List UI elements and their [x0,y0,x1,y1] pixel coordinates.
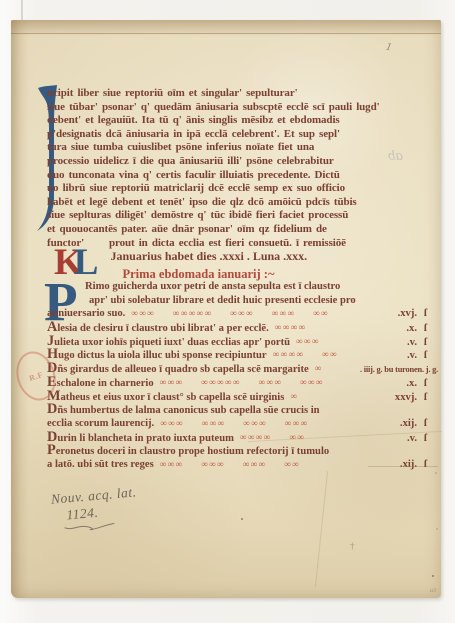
entry-unit: ſ [424,322,438,336]
entry-unit: ſ [424,391,438,405]
entry-unit: ſ [424,349,438,363]
entry-unit: ſ [424,377,438,391]
prologue-line: et quouocantēs pater. aūe dnār psonar' o… [47,223,439,237]
entry-text: Dñs girardus de alleueo ī quadro sb cape… [47,362,309,377]
line-filler: ∞∞∞ [290,335,377,349]
pen-trial-mark: † [350,541,355,551]
shelfmark-line2: 1124. [52,505,99,524]
prologue-line: siue tūbar' psonar' q' quedām āniusaria … [47,101,439,115]
prologue-line: p'designatis dcā āniusaria in ipā ecclā … [47,128,439,142]
entry-text: anniuersario suo. [47,307,125,321]
entry-unit: ſ [424,458,438,472]
entry-text: Alesia de clesiru ī claustro ubi librat'… [47,321,269,336]
entry-amount: .v. [377,349,417,363]
prologue-line: tura siue tumba cuiuslibet psōne inferiu… [47,141,439,155]
line-filler: ∞∞∞∞ [269,321,377,335]
kalendar-block: K L Januarius habet dies .xxxi . Luna .x… [54,245,307,282]
entry-row: ecclia scorum laurencij. ∞∞∞ ∞∞∞ ∞∞∞ ∞∞∞… [47,417,438,431]
corner-mark: a3 [430,588,436,594]
prologue-text: ncipit liber siue reptoriū oīm et singul… [47,87,439,250]
kalendar-heading-group: Januarius habet dies .xxxi . Luna .xxx. … [110,245,307,282]
entry-text: Eschalone in charnerio [47,376,154,391]
entry-unit: ſ [424,336,438,350]
prologue-line: habēt et legē debent et tenēt' ipso die … [47,196,439,210]
prologue-line: ncipit liber siue reptoriū oīm et singul… [47,87,439,101]
prologue-line: duo tunconata vina q' certis faculir ill… [47,169,439,183]
behind-leaf-edge [21,0,23,21]
entry-row: Dñs humbertus de lalma canonicus sub cap… [47,403,438,417]
entry-unit: ſ [424,417,438,431]
parchment-crease [315,471,328,586]
line-filler: ∞∞∞ ∞∞∞ ∞∞∞ ∞∞∞ [154,417,377,431]
line-filler: ∞∞∞∞ ∞∞ [267,348,377,362]
entry-row: Hugo dictus la uiola illuc ubi sponse re… [47,348,438,362]
entry-row: Matheus et eius uxor ī claust° sb capell… [47,390,438,404]
line-filler: ∞ [284,390,377,404]
prologue-line: siue seplturas diligēt' demōstre q' tūc … [47,209,439,223]
line-filler: ∞∞∞ ∞∞∞∞∞ ∞∞∞ ∞∞∞ ∞∞ [125,307,377,321]
entry-text: Matheus et eius uxor ī claust° sb capell… [47,390,284,405]
entry-amount: .xvj. [377,307,417,321]
entry-row: Rimo guicherda uxor petri de ansta sepul… [47,280,438,294]
scan-background: 1 I ncipit liber siue reptoriū oīm et si… [0,0,455,623]
entry-text: Durin li blancheta in prato iuxta puteum [47,431,234,446]
entry-text: Julieta uxor iohīs piqueti iuxt' duas ec… [47,335,290,350]
entry-amount: .x. [377,322,417,336]
entry-row: apr' ubi solebatur librare et dedit huic… [47,294,438,308]
entry-text: apr' ubi solebatur librare et dedit huic… [89,294,356,308]
entry-row: Julieta uxor iohīs piqueti iuxt' duas ec… [47,335,438,349]
ruling-line [368,466,438,467]
shelfmark-note: Nouv. acq. lat. 1124. [50,483,139,533]
entry-row: Durin li blancheta in prato iuxta puteum… [47,431,438,445]
entry-text: ecclia scorum laurencij. [47,417,154,431]
bleedthrough-mark: ab [388,148,403,165]
entry-text: a latō. ubi sūt tres reges [47,458,154,472]
stamp-text: R.F [28,370,44,383]
entry-row: Eschalone in charnerio ∞∞∞ ∞∞∞∞∞ ∞∞∞ ∞∞∞… [47,376,438,390]
ink-speck [432,575,434,577]
line-filler: ∞∞∞ ∞∞∞∞∞ ∞∞∞ ∞∞∞ [154,376,377,390]
entry-text: Dñs humbertus de lalma canonicus sub cap… [47,403,320,418]
pricking-dot [435,472,437,474]
entry-row: Dñs girardus de alleueo ī quadro sb cape… [47,362,438,376]
entry-text: Hugo dictus la uiola illuc ubi sponse re… [47,348,267,363]
line-filler: ∞ [309,362,360,376]
page-top-edge [11,20,441,34]
entry-text: Rimo guicherda uxor petri de ansta sepul… [85,280,340,294]
entry-row: Peronetus doceri in claustro prope hosti… [47,444,438,458]
prologue-line: debent' et legauiūt. Ita tū q' ānis sing… [47,114,439,128]
pricking-dot [436,528,438,530]
entry-row: Alesia de clesiru ī claustro ubi librat'… [47,321,438,335]
entry-row: anniuersario suo. ∞∞∞ ∞∞∞∞∞ ∞∞∞ ∞∞∞ ∞∞ .… [47,307,438,321]
entry-amount: .xij. [377,458,417,472]
gutter-fold [11,20,29,598]
prologue-line: processio uidelicz ī die qua āniusariū i… [47,155,439,169]
entry-amount: .x. [377,377,417,391]
entry-amount: .v. [377,336,417,350]
entry-amount: .xij. [377,417,417,431]
entry-amount: .v. [377,432,417,446]
burial-entries: Rimo guicherda uxor petri de ansta sepul… [47,280,438,472]
entry-row: a latō. ubi sūt tres reges ∞∞∞ ∞∞∞ ∞∞∞ ∞… [47,458,438,472]
prologue-line: uo librū siue reptoriū matriclarij dcē e… [47,182,439,196]
month-heading: Januarius habet dies .xxxi . Luna .xxx. [110,249,307,263]
entry-amount: xxvj. [377,391,417,405]
line-filler: ∞∞∞ ∞∞∞ ∞∞∞ ∞∞ [154,458,377,472]
ink-speck [241,518,243,520]
line-filler: ∞∞∞∞ ∞∞ [234,431,377,445]
entry-unit: ſ [424,307,438,321]
entry-unit: ſ [424,432,438,446]
entry-text: Peronetus doceri in claustro prope hosti… [47,444,329,459]
entry-amount: . iiij. g. bu turonen. j. g. [360,363,438,377]
